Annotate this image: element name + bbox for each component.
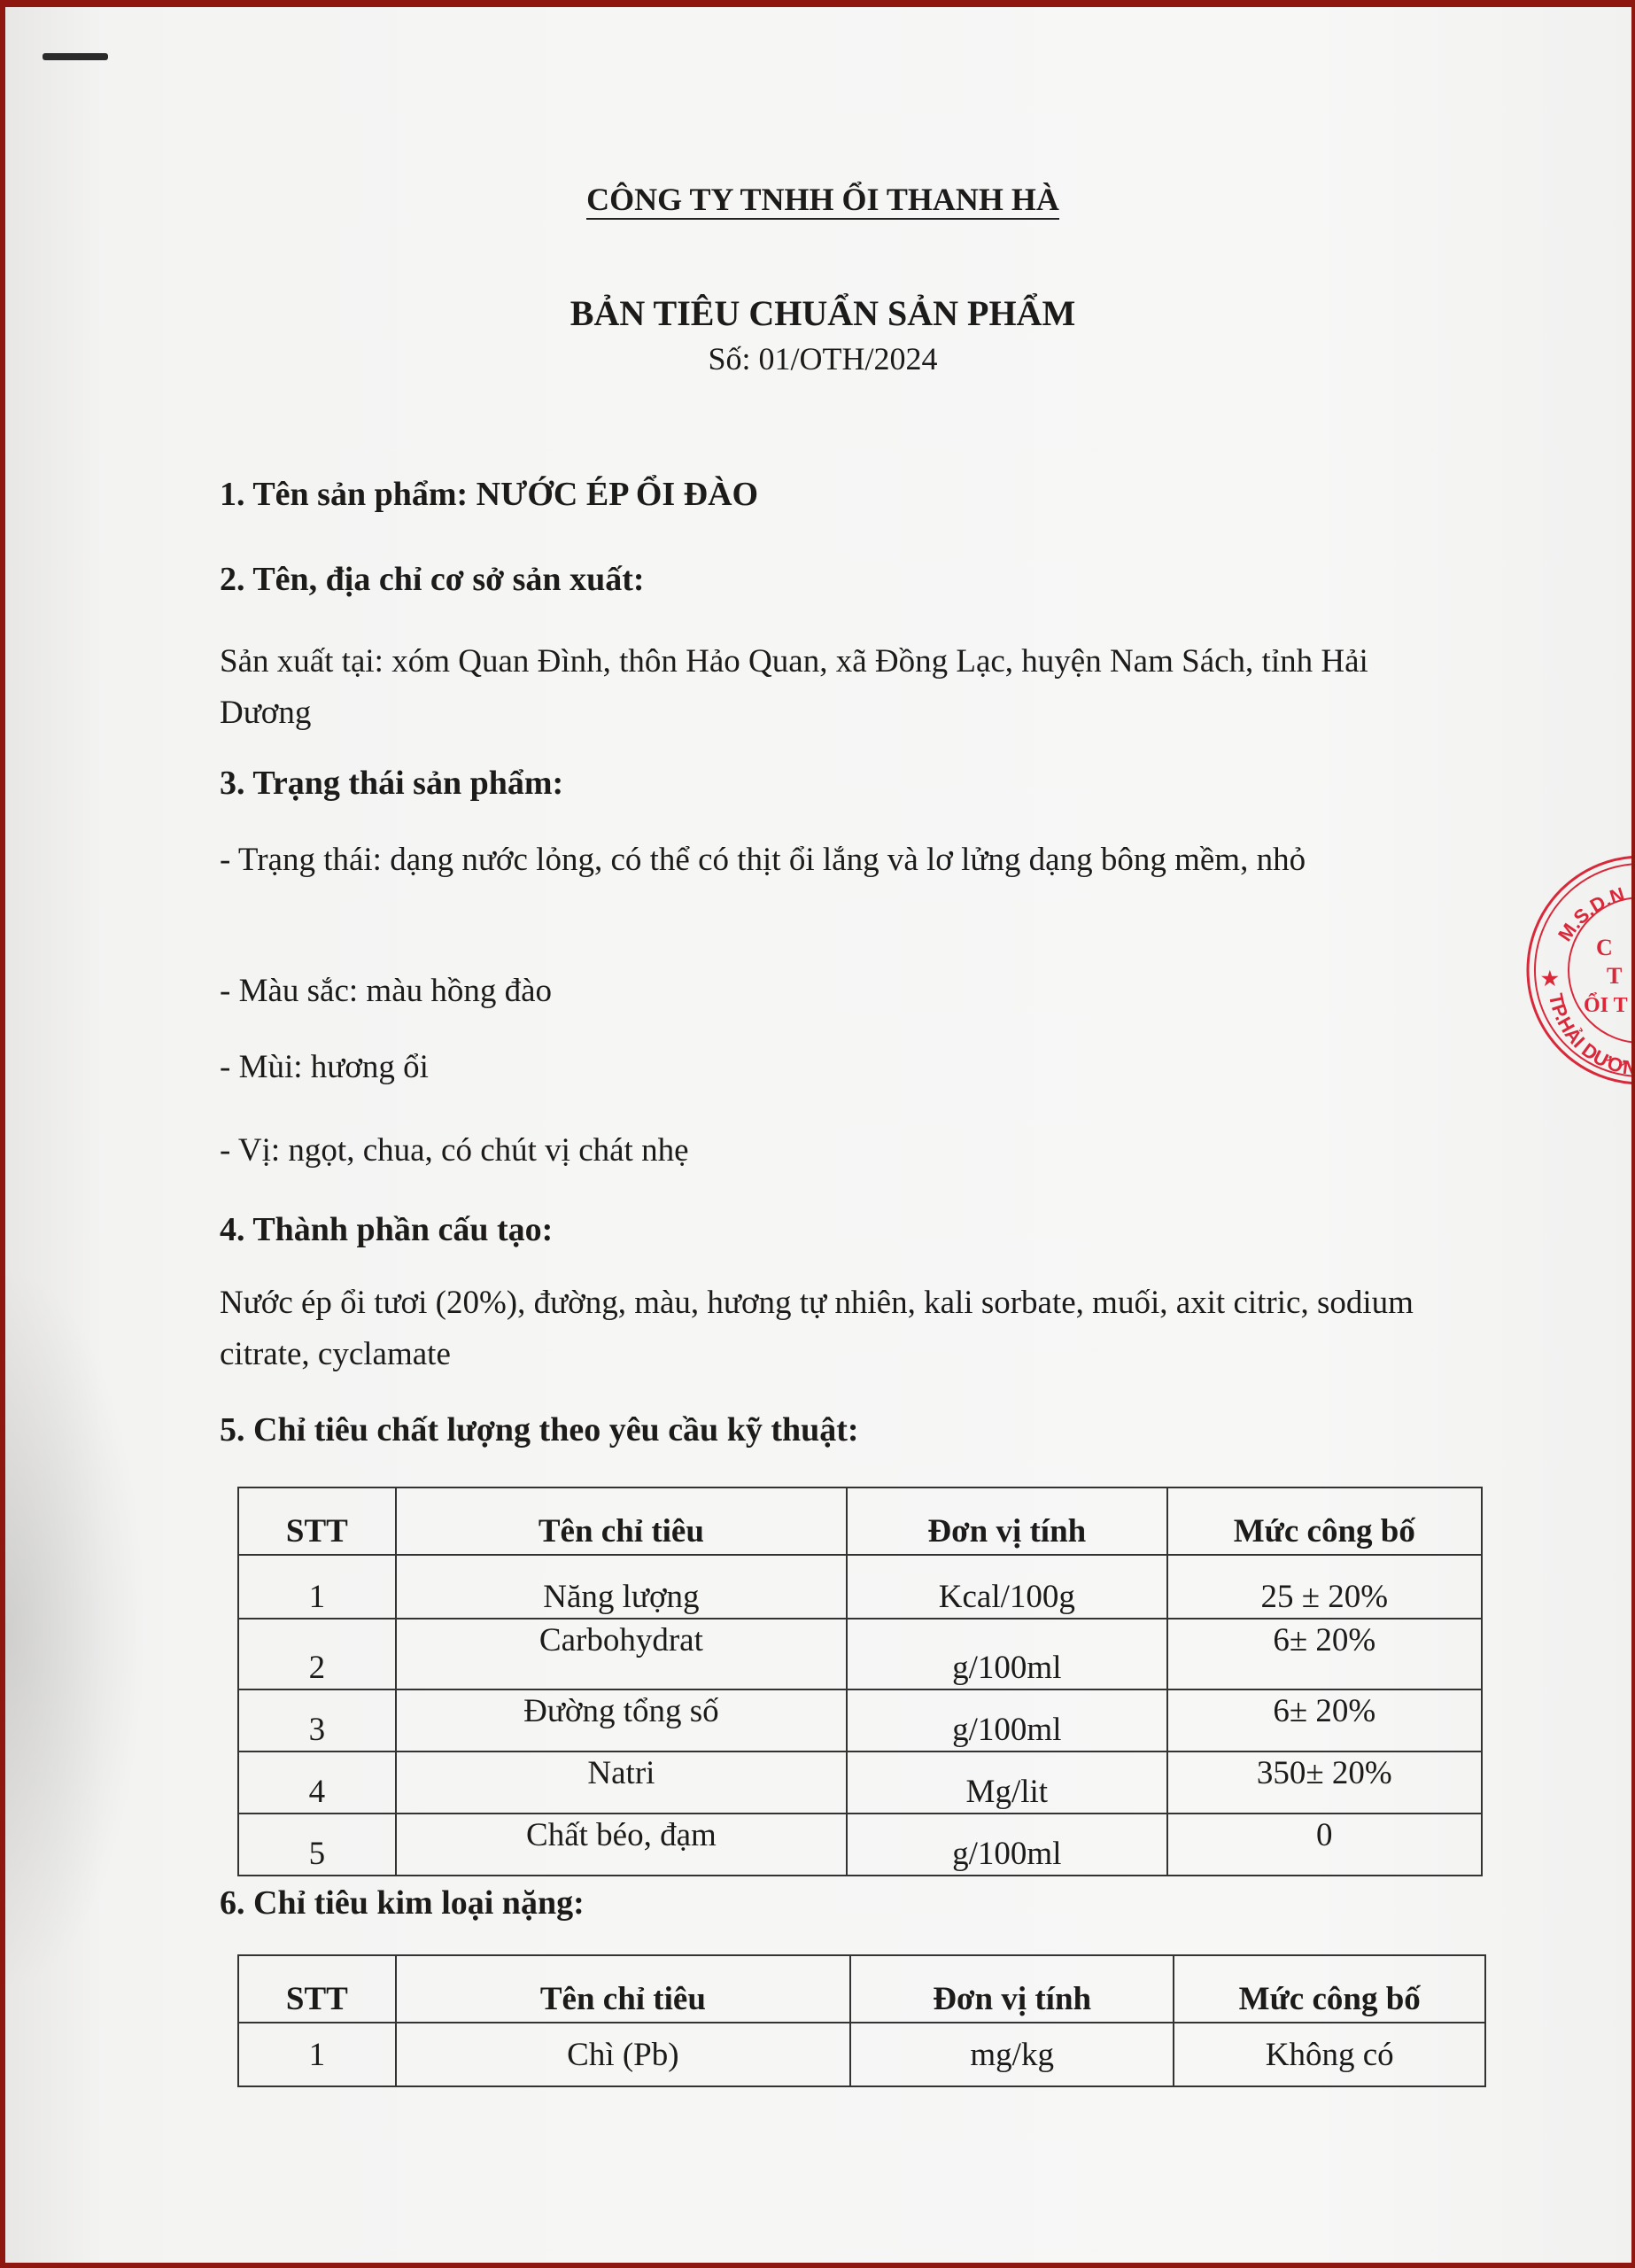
company-name: CÔNG TY TNHH ỔI THANH HÀ: [5, 181, 1631, 218]
svg-text:C: C: [1596, 935, 1613, 960]
heavy-metals-table: STT Tên chỉ tiêu Đơn vị tính Mức công bố…: [237, 1954, 1486, 2087]
page-shadow: [5, 1265, 147, 1992]
state-item: - Trạng thái: dạng nước lỏng, có thể có …: [220, 835, 1460, 886]
col-value: Mức công bố: [1174, 1955, 1485, 2023]
row-value: 25 ± 20%: [1167, 1555, 1482, 1619]
row-unit: g/100ml: [847, 1619, 1167, 1689]
document-page: CÔNG TY TNHH ỔI THANH HÀ BẢN TIÊU CHUẨN …: [5, 7, 1631, 2263]
company-seal-stamp: M.S.D.N TP.HẢI DƯƠN ★ C T ỔI T: [1522, 850, 1631, 1090]
ingredients-heading: 4. Thành phần cấu tạo:: [220, 1210, 553, 1249]
row-stt: 2: [238, 1619, 396, 1689]
smell-item: - Mùi: hương ổi: [220, 1042, 1460, 1093]
row-stt: 5: [238, 1814, 396, 1876]
row-stt: 3: [238, 1689, 396, 1751]
row-name: Chì (Pb): [396, 2023, 850, 2086]
row-unit: Mg/lit: [847, 1751, 1167, 1814]
pen-mark: [43, 53, 108, 60]
row-name: Năng lượng: [396, 1555, 847, 1619]
svg-text:ỔI T: ỔI T: [1584, 993, 1628, 1017]
table-row: 1Năng lượngKcal/100g25 ± 20%: [238, 1555, 1482, 1619]
row-stt: 4: [238, 1751, 396, 1814]
row-value: 350± 20%: [1167, 1751, 1482, 1814]
table-row: 3Đường tổng sốg/100ml6± 20%: [238, 1689, 1482, 1751]
row-value: 6± 20%: [1167, 1619, 1482, 1689]
taste-item: - Vị: ngọt, chua, có chút vị chát nhẹ: [220, 1125, 1460, 1177]
quality-heading: 5. Chỉ tiêu chất lượng theo yêu cầu kỹ t…: [220, 1410, 859, 1449]
table-row: 4NatriMg/lit350± 20%: [238, 1751, 1482, 1814]
col-name: Tên chỉ tiêu: [396, 1487, 847, 1555]
row-unit: g/100ml: [847, 1814, 1167, 1876]
document-title: BẢN TIÊU CHUẨN SẢN PHẨM: [5, 292, 1631, 334]
row-value: 0: [1167, 1814, 1482, 1876]
col-value: Mức công bố: [1167, 1487, 1482, 1555]
heavy-metals-heading: 6. Chỉ tiêu kim loại nặng:: [220, 1884, 585, 1922]
col-unit: Đơn vị tính: [850, 1955, 1174, 2023]
row-value: Không có: [1174, 2023, 1485, 2086]
row-name: Natri: [396, 1751, 847, 1814]
product-name: NƯỚC ÉP ỔI ĐÀO: [477, 476, 758, 513]
row-name: Carbohydrat: [396, 1619, 847, 1689]
producer-address: Sản xuất tại: xóm Quan Đình, thôn Hảo Qu…: [220, 636, 1442, 739]
row-unit: g/100ml: [847, 1689, 1167, 1751]
table-row: 5Chất béo, đạmg/100ml0: [238, 1814, 1482, 1876]
row-name: Chất béo, đạm: [396, 1814, 847, 1876]
stamp-star-icon: ★: [1541, 967, 1559, 990]
row-unit: mg/kg: [850, 2023, 1174, 2086]
col-unit: Đơn vị tính: [847, 1487, 1167, 1555]
stamp-outer-text: M.S.D.N: [1554, 883, 1627, 945]
quality-table: STT Tên chỉ tiêu Đơn vị tính Mức công bố…: [237, 1487, 1483, 1876]
table-row: 2Carbohydratg/100ml6± 20%: [238, 1619, 1482, 1689]
product-name-heading: 1. Tên sản phẩm: NƯỚC ÉP ỔI ĐÀO: [220, 475, 758, 514]
ingredients-text: Nước ép ổi tươi (20%), đường, màu, hương…: [220, 1278, 1460, 1380]
col-stt: STT: [238, 1487, 396, 1555]
col-stt: STT: [238, 1955, 396, 2023]
svg-text:T: T: [1607, 963, 1622, 989]
document-number: Số: 01/OTH/2024: [5, 340, 1631, 377]
row-unit: Kcal/100g: [847, 1555, 1167, 1619]
producer-heading: 2. Tên, địa chỉ cơ sở sản xuất:: [220, 560, 645, 599]
row-value: 6± 20%: [1167, 1689, 1482, 1751]
row-name: Đường tổng số: [396, 1689, 847, 1751]
row-stt: 1: [238, 2023, 396, 2086]
product-state-heading: 3. Trạng thái sản phẩm:: [220, 764, 563, 803]
col-name: Tên chỉ tiêu: [396, 1955, 850, 2023]
table-row: 1Chì (Pb)mg/kgKhông có: [238, 2023, 1485, 2086]
row-stt: 1: [238, 1555, 396, 1619]
color-item: - Màu sắc: màu hồng đào: [220, 966, 1460, 1017]
